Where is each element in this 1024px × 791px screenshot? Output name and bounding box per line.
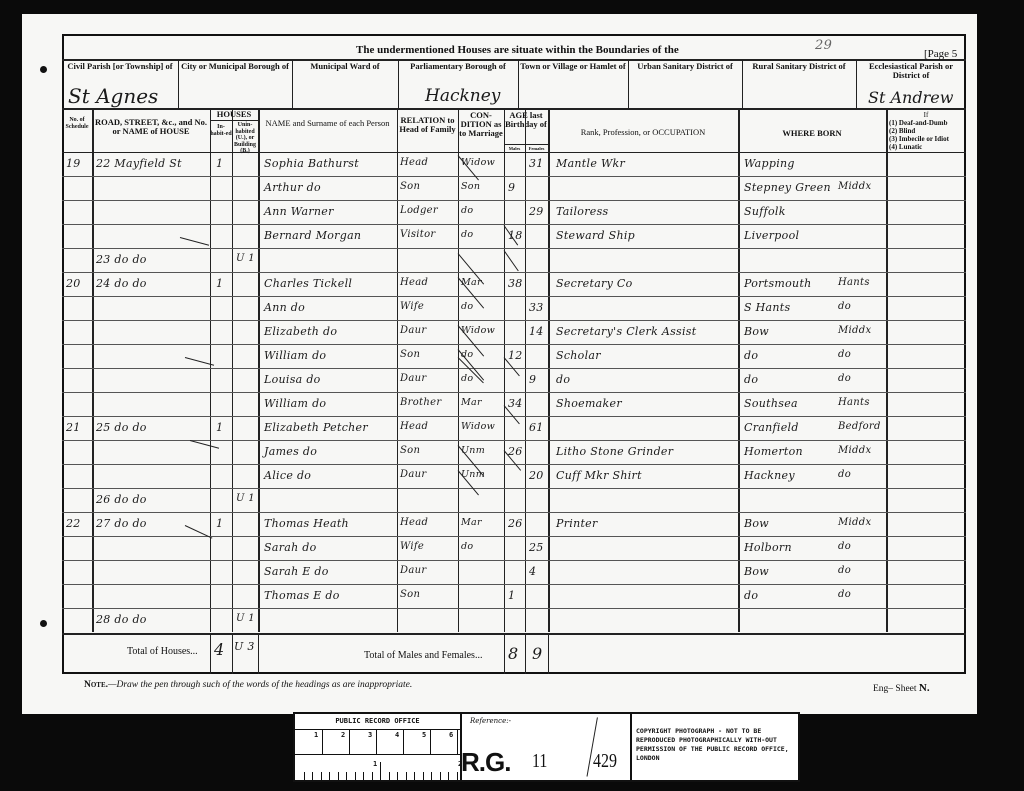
table-row <box>62 152 966 176</box>
cell-name: Thomas Heath <box>264 517 349 530</box>
cell-road: 23 do do <box>96 253 147 266</box>
cell-born-place: Holborn <box>744 541 792 554</box>
column-header-cond: CON-DITION as to Marriage <box>458 111 504 138</box>
cell-name: James do <box>264 445 317 458</box>
cell-male-age: 26 <box>508 445 523 458</box>
cell-born-place: Wapping <box>744 157 795 170</box>
cell-inhabited: 1 <box>216 421 223 434</box>
ruler-tick <box>380 762 381 780</box>
column-header-rel: RELATION to Head of Family <box>397 116 458 134</box>
cell-relation: Head <box>400 421 428 432</box>
infirmity-option: (4) Lunatic <box>889 143 922 151</box>
cell-relation: Daur <box>400 565 426 576</box>
column-divider <box>504 633 505 674</box>
column-header-unin: Unin-habited (U.), or Building (B.) <box>232 122 258 155</box>
ruler-tick <box>346 772 347 780</box>
cell-born-place: Liverpool <box>744 229 799 242</box>
ruler-tick <box>457 772 458 780</box>
cell-relation: Brother <box>400 397 441 408</box>
ruler-tick <box>355 772 356 780</box>
cell-condition: Mar <box>461 397 482 408</box>
cell-female-age: 31 <box>529 157 544 170</box>
cell-name: William do <box>264 349 326 362</box>
cell-occupation: Secretary's Clerk Assist <box>556 325 696 338</box>
table-row <box>62 608 966 632</box>
cell-born-county: Middx <box>838 517 871 528</box>
cell-name: Thomas E do <box>264 589 340 602</box>
cell-born-place: Bow <box>744 565 769 578</box>
ruler-tick <box>430 729 431 754</box>
cell-born-place: Suffolk <box>744 205 786 218</box>
table-row <box>62 560 966 584</box>
ruler-tick <box>448 772 449 780</box>
cell-born-place: do <box>744 373 758 386</box>
cell-relation: Head <box>400 157 428 168</box>
reference-series: R.G. <box>461 747 510 778</box>
infirmity-option: (1) Deaf-and-Dumb <box>889 119 948 127</box>
cell-female-age: 14 <box>529 325 544 338</box>
cell-relation: Daur <box>400 325 426 336</box>
column-header-occ: Rank, Profession, or OCCUPATION <box>548 128 738 137</box>
cell-relation: Son <box>400 181 420 192</box>
ruler-block: PUBLIC RECORD OFFICE 123456 12 <box>295 714 462 780</box>
column-divider <box>232 633 233 674</box>
boundary-label: Municipal Ward of <box>292 62 398 71</box>
ruler-tick <box>389 772 390 780</box>
cell-occupation: do <box>556 373 570 386</box>
boundary-label: Ecclesiastical Parish or District of <box>856 62 966 80</box>
cell-female-age: 29 <box>529 205 544 218</box>
ruler-tick <box>457 729 458 754</box>
note-text: —Draw the pen through such of the words … <box>108 680 412 690</box>
cell-uninhabited: U 1 <box>236 613 255 624</box>
cell-female-age: 9 <box>529 373 536 386</box>
divider <box>630 714 632 780</box>
total-females: 9 <box>532 644 542 663</box>
boundary-label: Town or Village or Hamlet of <box>518 62 628 71</box>
cell-female-age: 20 <box>529 469 544 482</box>
cell-occupation: Scholar <box>556 349 601 362</box>
cell-born-place: Bow <box>744 517 769 530</box>
ruler-tick <box>403 729 404 754</box>
cell-born-county: Hants <box>838 277 870 288</box>
punch-mark <box>40 620 47 627</box>
cell-schedule: 19 <box>66 157 81 170</box>
cell-relation: Son <box>400 445 420 456</box>
table-row <box>62 296 966 320</box>
form-banner: The undermentioned Houses are situate wi… <box>356 44 679 56</box>
cell-name: Elizabeth Petcher <box>264 421 368 434</box>
ruler-tick <box>372 772 373 780</box>
cell-relation: Son <box>400 589 420 600</box>
cell-relation: Lodger <box>400 205 438 216</box>
column-divider <box>258 633 259 674</box>
cell-occupation: Printer <box>556 517 598 530</box>
cell-road: 27 do do <box>96 517 147 530</box>
cell-born-county: do <box>838 565 851 576</box>
ruler-tick <box>431 772 432 780</box>
ruler-tick <box>376 729 377 754</box>
table-row <box>62 320 966 344</box>
reference-label: Reference:- <box>470 717 511 725</box>
total-persons-label: Total of Males and Females... <box>364 650 482 661</box>
cell-condition: do <box>461 373 473 384</box>
cell-condition: Mar <box>461 517 482 528</box>
column-divider <box>525 633 526 674</box>
cell-road: 28 do do <box>96 613 147 626</box>
ruler-label: 6 <box>449 731 453 739</box>
cell-road: 26 do do <box>96 493 147 506</box>
cell-born-county: do <box>838 541 851 552</box>
total-males: 8 <box>508 644 518 663</box>
cell-condition: Widow <box>461 421 495 432</box>
cell-born-county: do <box>838 589 851 600</box>
cell-occupation: Steward Ship <box>556 229 635 242</box>
cell-occupation: Secretary Co <box>556 277 633 290</box>
total-inhabited: 4 <box>214 640 224 659</box>
ruler-tick <box>321 772 322 780</box>
cell-relation: Head <box>400 277 428 288</box>
ruler-tick <box>440 772 441 780</box>
cell-occupation: Mantle Wkr <box>556 157 625 170</box>
cell-born-place: Hackney <box>744 469 795 482</box>
cell-born-county: do <box>838 301 851 312</box>
cell-born-county: Bedford <box>838 421 881 432</box>
boundary-value: St Andrew <box>868 88 953 107</box>
ruler-tick <box>414 772 415 780</box>
cell-condition: Son <box>461 181 480 192</box>
ruler-label: 1 <box>314 731 318 739</box>
ruler-tick <box>363 772 364 780</box>
cell-female-age: 25 <box>529 541 544 554</box>
cell-male-age: 26 <box>508 517 523 530</box>
divider <box>295 754 460 755</box>
ruler-tick <box>406 772 407 780</box>
cell-inhabited: 1 <box>216 157 223 170</box>
instructions-note: Note.—Draw the pen through such of the w… <box>84 680 412 690</box>
column-header-road: ROAD, STREET, &c., and No. or NAME of HO… <box>92 118 210 136</box>
cell-condition: do <box>461 205 473 216</box>
ruler-label: 2 <box>341 731 345 739</box>
table-row <box>62 200 966 224</box>
sheet-letter: N. <box>919 682 930 694</box>
ruler-tick <box>338 772 339 780</box>
ruler-label: 5 <box>422 731 426 739</box>
column-divider <box>548 633 549 674</box>
cell-uninhabited: U 1 <box>236 493 255 504</box>
cell-uninhabited: U 1 <box>236 253 255 264</box>
ruler-label: 3 <box>368 731 372 739</box>
divider <box>62 633 966 635</box>
cell-male-age: 38 <box>508 277 523 290</box>
cell-relation: Wife <box>400 541 424 552</box>
cell-name: Elizabeth do <box>264 325 337 338</box>
ruler-label: 4 <box>395 731 399 739</box>
cell-female-age: 4 <box>529 565 536 578</box>
table-row <box>62 416 966 440</box>
cell-born-county: do <box>838 349 851 360</box>
cell-name: Ann Warner <box>264 205 334 218</box>
cell-born-place: Cranfield <box>744 421 799 434</box>
column-header-name: NAME and Surname of each Person <box>258 119 397 128</box>
column-divider <box>210 633 211 674</box>
column-header-sch: No. of Schedule <box>62 117 92 130</box>
column-header-houses: HOUSES <box>210 110 258 119</box>
cell-condition: do <box>461 301 473 312</box>
divider <box>210 120 258 121</box>
boundary-label: Rural Sanitary District of <box>742 62 856 71</box>
cell-male-age: 34 <box>508 397 523 410</box>
cell-occupation: Litho Stone Grinder <box>556 445 673 458</box>
cell-name: Sophia Bathurst <box>264 157 359 170</box>
cell-name: William do <box>264 397 326 410</box>
cell-born-county: Middx <box>838 181 871 192</box>
reference-folio: 429 <box>593 750 617 773</box>
cell-born-place: Southsea <box>744 397 798 410</box>
cell-occupation: Tailoress <box>556 205 608 218</box>
boundary-label: Civil Parish [or Township] of <box>62 62 178 71</box>
infirmity-option: (2) Blind <box>889 127 915 135</box>
column-header-inh: In-habit-ed <box>210 124 232 137</box>
cell-born-county: Middx <box>838 325 871 336</box>
cell-schedule: 20 <box>66 277 81 290</box>
cell-born-county: do <box>838 373 851 384</box>
note-lead: Note. <box>84 680 108 690</box>
table-row <box>62 248 966 272</box>
divider <box>504 144 548 145</box>
archive-reference-label: PUBLIC RECORD OFFICE 123456 12 Reference… <box>293 712 800 782</box>
sheet-code-label: Eng– Sheet <box>873 684 917 694</box>
ruler-tick <box>322 729 323 754</box>
ruler-tick <box>329 772 330 780</box>
copyright-notice: COPYRIGHT PHOTOGRAPH - NOT TO BE REPRODU… <box>636 727 791 763</box>
divider <box>295 729 460 730</box>
cell-male-age: 9 <box>508 181 515 194</box>
cell-born-place: Bow <box>744 325 769 338</box>
ruler-tick <box>349 729 350 754</box>
cell-condition: do <box>461 229 473 240</box>
cell-name: Arthur do <box>264 181 321 194</box>
ruler-tick <box>304 772 305 780</box>
cell-born-place: Homerton <box>744 445 803 458</box>
table-row <box>62 368 966 392</box>
cell-relation: Head <box>400 517 428 528</box>
cell-name: Louisa do <box>264 373 321 386</box>
cell-name: Ann do <box>264 301 305 314</box>
cell-female-age: 33 <box>529 301 544 314</box>
boundary-value: St Agnes <box>68 84 158 108</box>
cell-relation: Wife <box>400 301 424 312</box>
cell-relation: Son <box>400 349 420 360</box>
cell-born-place: do <box>744 589 758 602</box>
cell-male-age: 1 <box>508 589 515 602</box>
cell-relation: Visitor <box>400 229 436 240</box>
cell-schedule: 22 <box>66 517 81 530</box>
total-uninhabited: U 3 <box>234 640 255 653</box>
cell-male-age: 12 <box>508 349 523 362</box>
cell-relation: Daur <box>400 373 426 384</box>
column-header-age: AGE last Birthday of <box>504 111 548 129</box>
total-houses-label: Total of Houses... <box>127 646 198 657</box>
table-row <box>62 464 966 488</box>
cell-relation: Daur <box>400 469 426 480</box>
cell-born-county: Hants <box>838 397 870 408</box>
reference-piece: 11 <box>532 750 547 773</box>
sheet-code: Eng– Sheet N. <box>873 682 930 694</box>
cell-schedule: 21 <box>66 421 81 434</box>
cell-name: Alice do <box>264 469 311 482</box>
boundary-label: Parliamentary Borough of <box>398 62 518 71</box>
table-row <box>62 536 966 560</box>
ruler-label: 1 <box>373 760 377 768</box>
ruler-tick <box>423 772 424 780</box>
archive-office: PUBLIC RECORD OFFICE <box>295 717 460 725</box>
cell-occupation: Shoemaker <box>556 397 622 410</box>
boundary-value: Hackney <box>425 86 500 106</box>
ruler-tick <box>397 772 398 780</box>
cell-female-age: 61 <box>529 421 544 434</box>
column-header-born: WHERE BORN <box>738 129 886 138</box>
boundary-label: City or Municipal Borough of <box>178 62 292 71</box>
cell-inhabited: 1 <box>216 517 223 530</box>
cell-name: Sarah do <box>264 541 317 554</box>
punch-mark <box>40 66 47 73</box>
cell-occupation: Cuff Mkr Shirt <box>556 469 642 482</box>
column-header-infirmity-if: If <box>886 112 966 119</box>
cell-inhabited: 1 <box>216 277 223 290</box>
cell-name: Bernard Morgan <box>264 229 361 242</box>
cell-road: 22 Mayfield St <box>96 157 182 170</box>
cell-born-place: S Hants <box>744 301 790 314</box>
cell-road: 25 do do <box>96 421 147 434</box>
cell-born-county: Middx <box>838 445 871 456</box>
cell-born-place: do <box>744 349 758 362</box>
infirmity-option: (3) Imbecile or Idiot <box>889 135 949 143</box>
table-row <box>62 488 966 512</box>
ruler-tick <box>312 772 313 780</box>
boundary-label: Urban Sanitary District of <box>628 62 742 71</box>
cell-name: Sarah E do <box>264 565 329 578</box>
folio-number: 29 <box>815 38 832 53</box>
cell-born-county: do <box>838 469 851 480</box>
cell-road: 24 do do <box>96 277 147 290</box>
cell-born-place: Portsmouth <box>744 277 812 290</box>
cell-name: Charles Tickell <box>264 277 352 290</box>
cell-condition: do <box>461 541 473 552</box>
cell-born-place: Stepney Green <box>744 181 831 194</box>
